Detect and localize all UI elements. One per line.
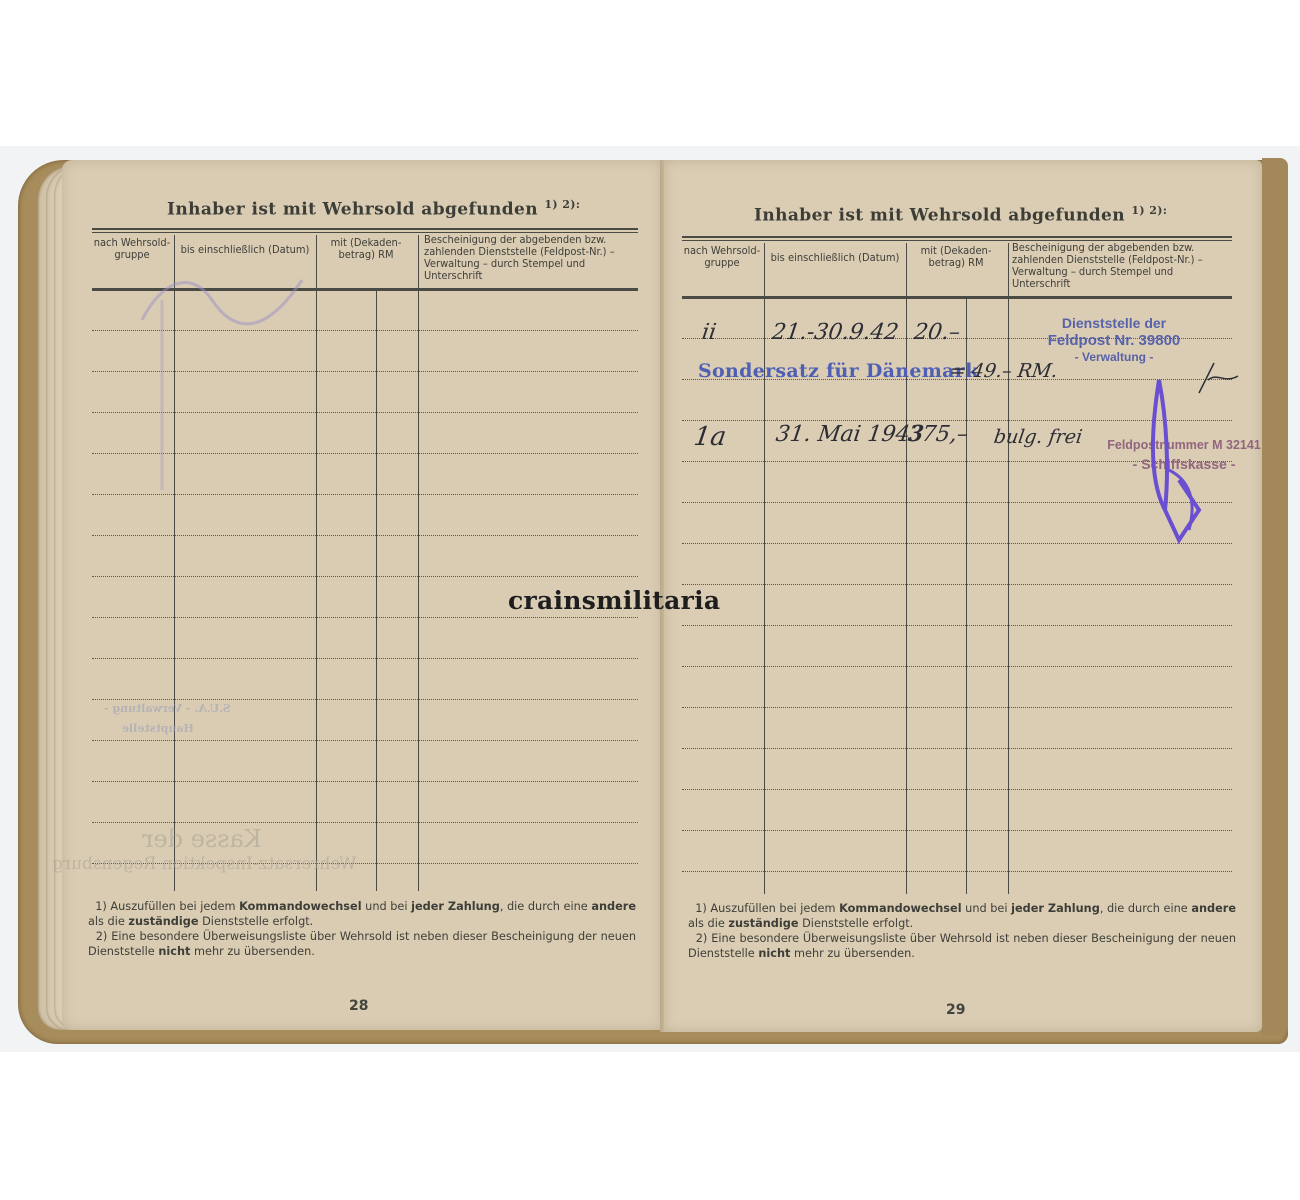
footnote-2: 2) Eine besondere Überweisungsliste über… [88,930,636,959]
col-divider [1008,299,1009,894]
entry-gruppe: 1a [692,422,728,452]
entry-betrag: 375,– [906,422,969,447]
entry-line [92,699,638,700]
feldpost-stamp: Dienststelle der Feldpost Nr. 39800 - Ve… [1034,315,1194,366]
cover-right-edge [1262,158,1288,1036]
entry-datum: 21.-30.9.42 [770,320,900,345]
col-header-betrag: mit (Dekaden- betrag) RM [908,245,1004,269]
watermark: crainsmilitaria [508,586,720,615]
col-divider [376,291,377,891]
photo-scene: Inhaber ist mit Wehrsold abgefunden 1) 2… [0,146,1300,1052]
col-divider [418,235,419,289]
ghost-kasse: Kasse der [142,825,262,853]
col-divider [906,299,907,894]
col-divider [764,299,765,894]
col-header-bescheinigung: Bescheinigung der abgebenden bzw. zahlen… [1012,242,1232,290]
entry-line [92,576,638,577]
page-number: 29 [946,1002,965,1018]
footnote-1: 1) Auszufüllen bei jedem Kommandowechsel… [688,902,1236,931]
ghost-stamp: Hauptstelle [122,722,194,735]
title-text: Inhaber ist mit Wehrsold abgefunden [167,200,538,220]
col-header-gruppe: nach Wehrsold- gruppe [682,245,762,269]
title-text: Inhaber ist mit Wehrsold abgefunden [754,206,1125,226]
col-header-datum: bis einschließlich (Datum) [766,252,904,264]
ghost-stamp: S.U.A. - Verwaltung - [104,702,231,715]
entry-line [92,658,638,659]
stamp-line: Feldpost Nr. 39800 [1034,332,1194,349]
entry-line [682,871,1232,872]
col-header-datum: bis einschließlich (Datum) [176,244,314,256]
entry-line [682,625,1232,626]
entry-line [92,740,638,741]
title-footnote-marker: 1) 2): [544,198,580,211]
title-footnote-marker: 1) 2): [1131,204,1167,217]
page-number: 28 [349,998,368,1014]
entry-line [92,535,638,536]
entry-line [682,830,1232,831]
entry-betrag: 20.– [912,320,962,345]
entry-line [682,666,1232,667]
entry-line [92,617,638,618]
entry-line [682,707,1232,708]
ghost-kasse: Wehrersatz-Inspektion Regensburg [52,854,357,874]
footnote-1: 1) Auszufüllen bei jedem Kommandowechsel… [88,900,636,929]
page-title: Inhaber ist mit Wehrsold abgefunden 1) 2… [754,204,1167,226]
col-header-betrag: mit (Dekaden- betrag) RM [318,237,414,261]
entry-note: bulg. frei [992,426,1083,448]
entry-line [682,789,1232,790]
col-divider [966,299,967,894]
entry-line [92,781,638,782]
col-divider [418,291,419,891]
col-header-bescheinigung: Bescheinigung der abgebenden bzw. zahlen… [424,234,638,282]
entry-line [92,822,638,823]
sondersatz-stamp: Sondersatz für Dänemark [698,360,979,382]
right-page: Inhaber ist mit Wehrsold abgefunden 1) 2… [664,160,1262,1032]
col-divider [906,243,907,297]
stamp-line: Dienststelle der [1034,315,1194,332]
ghost-signature-icon [122,260,322,500]
initials-icon [1194,358,1244,398]
entry-line [682,748,1232,749]
col-divider [764,243,765,297]
col-header-gruppe: nach Wehrsold- gruppe [92,237,172,261]
entry-datum: 31. Mai 1943 [774,422,925,447]
entry-line [682,584,1232,585]
page-title: Inhaber ist mit Wehrsold abgefunden 1) 2… [167,198,580,220]
footnote-2: 2) Eine besondere Überweisungsliste über… [688,932,1236,961]
col-divider [1008,243,1009,297]
